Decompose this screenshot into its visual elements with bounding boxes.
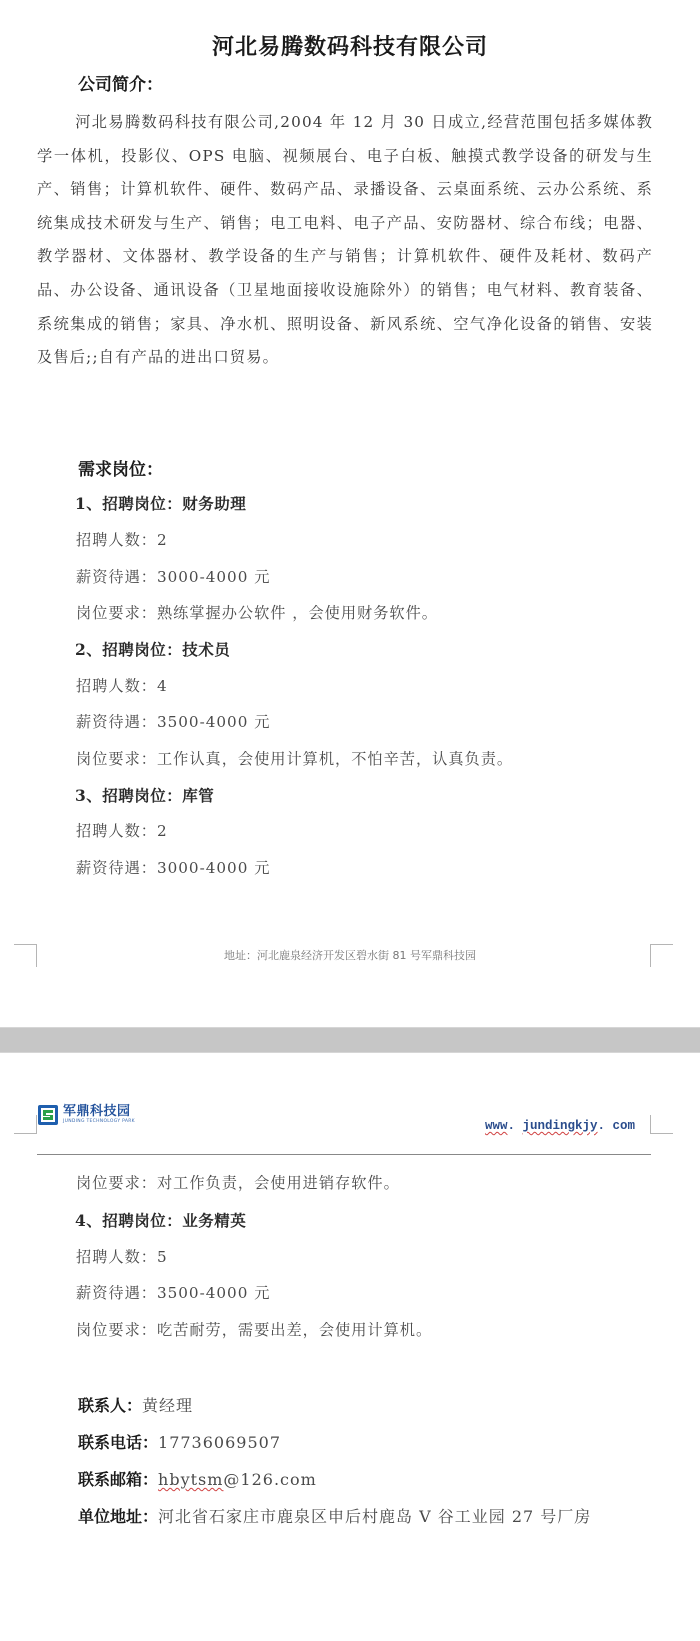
position-4-count: 招聘人数：5 bbox=[76, 1246, 168, 1267]
intro-text: 河北易腾数码科技有限公司,2004 年 12 月 30 日成立,经营范围包括多媒… bbox=[37, 113, 653, 366]
position-3-requirement: 岗位要求：对工作负责，会使用进销存软件。 bbox=[76, 1172, 400, 1193]
page-break-gap bbox=[0, 1027, 700, 1053]
header-website: www. jundingkjy. com bbox=[485, 1119, 635, 1133]
position-1-title: 1、招聘岗位：财务助理 bbox=[75, 492, 246, 514]
crop-mark-top-right bbox=[650, 1115, 673, 1134]
position-1-requirement: 岗位要求：熟练掌握办公软件 ，会使用财务软件。 bbox=[76, 602, 438, 623]
junding-logo-icon bbox=[38, 1105, 58, 1125]
intro-heading: 公司简介： bbox=[78, 70, 163, 95]
position-4-requirement: 岗位要求：吃苦耐劳，需要出差，会使用计算机。 bbox=[76, 1319, 432, 1340]
header-rule bbox=[37, 1154, 651, 1155]
logo-name-en: JUNDING TECHNOLOGY PARK bbox=[63, 1119, 135, 1125]
position-4-title: 4、招聘岗位：业务精英 bbox=[75, 1209, 246, 1231]
position-2-requirement: 岗位要求：工作认真，会使用计算机，不怕辛苦，认真负责。 bbox=[76, 748, 513, 769]
position-3-title: 3、招聘岗位：库管 bbox=[75, 784, 214, 806]
crop-mark-top-left bbox=[14, 1115, 37, 1134]
position-4-salary: 薪资待遇：3500-4000 元 bbox=[76, 1282, 270, 1303]
position-3-salary: 薪资待遇：3000-4000 元 bbox=[76, 857, 270, 878]
position-3-count: 招聘人数：2 bbox=[76, 820, 168, 841]
header-logo: 军鼎科技园 JUNDING TECHNOLOGY PARK bbox=[38, 1105, 135, 1125]
contact-email: 联系邮箱：hbytsm@126.com bbox=[78, 1467, 317, 1490]
position-2-title: 2、招聘岗位：技术员 bbox=[75, 638, 230, 660]
positions-heading: 需求岗位： bbox=[78, 455, 163, 480]
position-1-salary: 薪资待遇：3000-4000 元 bbox=[76, 566, 270, 587]
contact-phone: 联系电话：17736069507 bbox=[78, 1430, 281, 1453]
document-title: 河北易腾数码科技有限公司 bbox=[0, 30, 700, 61]
position-1-count: 招聘人数：2 bbox=[76, 529, 168, 550]
position-2-count: 招聘人数：4 bbox=[76, 675, 168, 696]
logo-name-cn: 军鼎科技园 bbox=[63, 1105, 135, 1119]
position-2-salary: 薪资待遇：3500-4000 元 bbox=[76, 711, 270, 732]
intro-paragraph: 河北易腾数码科技有限公司,2004 年 12 月 30 日成立,经营范围包括多媒… bbox=[37, 106, 653, 375]
page-footer-address: 地址：河北鹿泉经济开发区碧水街 81 号军鼎科技园 bbox=[0, 947, 700, 963]
contact-address: 单位地址：河北省石家庄市鹿泉区申后村鹿岛 V 谷工业园 27 号厂房 bbox=[78, 1504, 591, 1527]
contact-person: 联系人：黄经理 bbox=[78, 1393, 193, 1416]
